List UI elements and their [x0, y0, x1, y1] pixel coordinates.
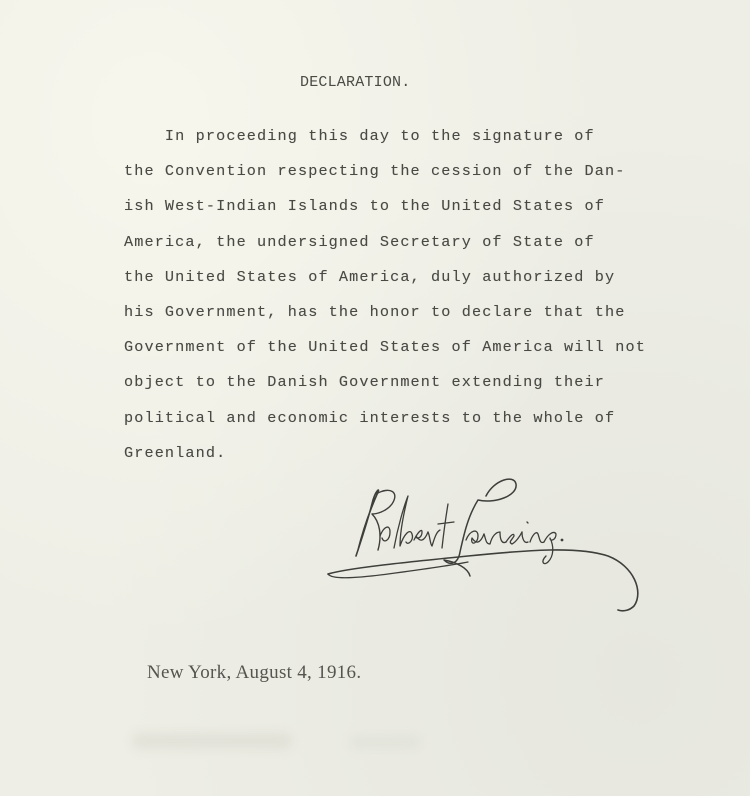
body-line: Government of the United States of Ameri…: [124, 335, 684, 370]
body-line: object to the Danish Government extendin…: [124, 370, 684, 405]
document-title: DECLARATION.: [300, 74, 410, 91]
faint-bleed-through: [350, 736, 420, 748]
faint-bleed-through: [132, 733, 292, 749]
document-page: DECLARATION. In proceeding this day to t…: [0, 0, 750, 796]
body-line: the Convention respecting the cession of…: [124, 159, 684, 194]
body-line: the United States of America, duly autho…: [124, 265, 684, 300]
declaration-body: In proceeding this day to the signature …: [124, 124, 684, 476]
body-line: In proceeding this day to the signature …: [124, 124, 684, 159]
place-and-date: New York, August 4, 1916.: [147, 662, 361, 684]
body-line: America, the undersigned Secretary of St…: [124, 230, 684, 265]
body-line: his Government, has the honor to declare…: [124, 300, 684, 335]
body-line: political and economic interests to the …: [124, 406, 684, 441]
body-line: ish West-Indian Islands to the United St…: [124, 194, 684, 229]
signature-icon: Robert Lansing: [318, 470, 648, 620]
